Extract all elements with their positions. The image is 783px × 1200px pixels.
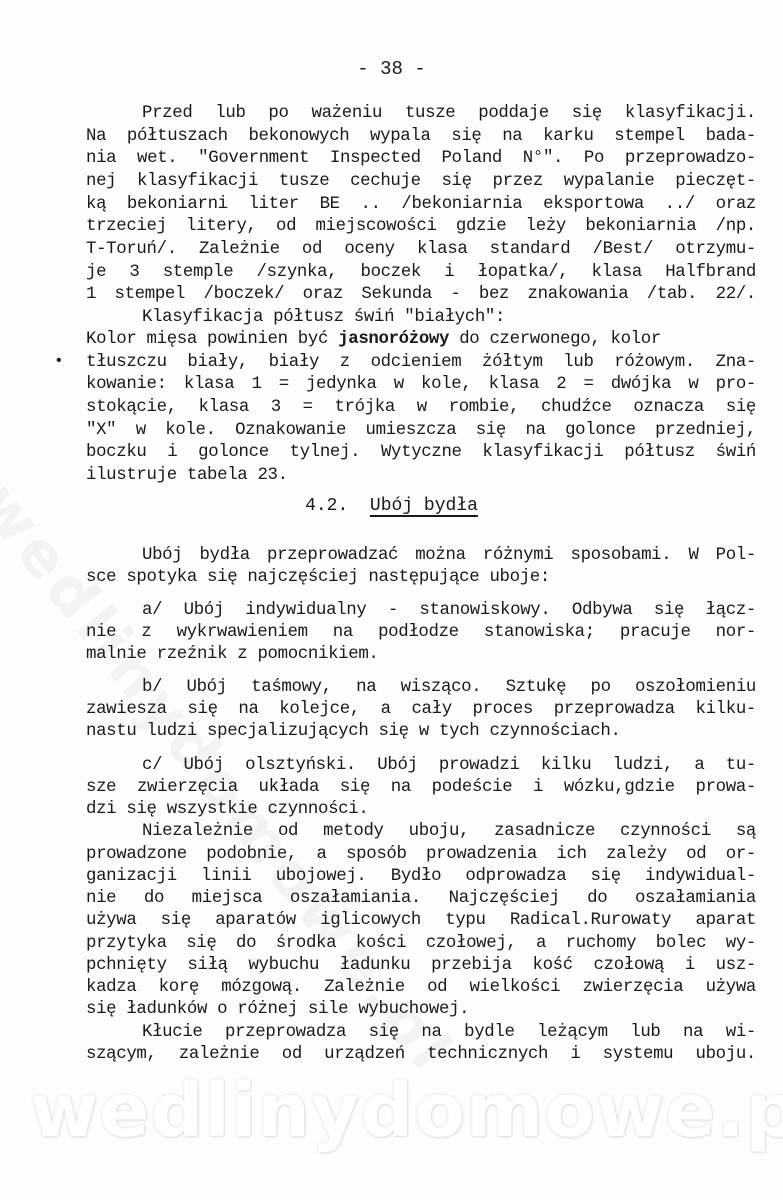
text-line: a/ Ubój indywidualny - stanowiskowy. Odb…	[86, 600, 756, 622]
text-line: prowadzone podobnie, a sposób prowadzeni…	[86, 844, 756, 866]
section-title: Ubój bydła	[370, 496, 478, 516]
text-line: b/ Ubój taśmowy, na wisząco. Sztukę po o…	[86, 677, 756, 699]
text-line: nie do miejsca oszałamiania. Najczęściej…	[86, 888, 756, 910]
text-line: zawiesza się na kolejce, a cały proces p…	[86, 699, 756, 721]
text-line: nej klasyfikacji tusze cechuje się przez…	[86, 171, 756, 193]
text-line: kowanie: klasa 1 = jedynka w kole, klasa…	[86, 374, 756, 396]
text-line: c/ Ubój olsztyński. Ubój prowadzi kilku …	[86, 755, 756, 777]
text-line: malnie rzeźnik z pomocnikiem.	[86, 644, 756, 666]
text-line: T-Toruń/. Zależnie od oceny klasa standa…	[86, 239, 756, 261]
text-line: 1 stempel /boczek/ oraz Sekunda - bez zn…	[86, 284, 756, 306]
text-line: ką bekoniarni liter BE .. /bekoniarnia e…	[86, 194, 756, 216]
text-line: boczku i golonce tylnej. Wytyczne klasyf…	[86, 442, 756, 464]
text-line: używa się aparatów iglicowych typu Radic…	[86, 910, 756, 932]
text-line: dzi się wszystkie czynności.	[86, 799, 756, 821]
text-line: nastu ludzi specjalizujących się w tych …	[86, 721, 756, 743]
subheading-line: Klasyfikacja półtusz świń "białych":	[86, 307, 756, 329]
text-line: Niezależnie od metody uboju, zasadnicze …	[86, 821, 756, 843]
text-line: nie z wykrwawieniem na podłodze stanowis…	[86, 622, 756, 644]
text-fragment: Kolor mięsa powinien być	[86, 330, 338, 349]
text-line: stokącie, klasa 3 = trójka w rombie, chu…	[86, 397, 756, 419]
text-line: ilustruje tabela 23.	[86, 465, 756, 487]
text-line: ganizacji linii ubojowej. Bydło odprowad…	[86, 866, 756, 888]
text-line: trzeciej litery, od miejscowości gdzie l…	[86, 216, 756, 238]
text-line: sce spotyka się najczęściej następujące …	[86, 567, 756, 589]
text-line: szącym, zależnie od urządzeń technicznyc…	[86, 1044, 756, 1066]
text-line: je 3 stemple /szynka, boczek i łopatka/,…	[86, 262, 756, 284]
bottom-watermark: wedlinydomowe.pl	[30, 1068, 750, 1154]
section-number: 4.2.	[305, 496, 348, 516]
text-fragment: do czerwonego, kolor	[449, 330, 661, 349]
section-heading: 4.2. Ubój bydła	[0, 496, 783, 516]
text-line: tłuszczu biały, biały z odcieniem żółtym…	[86, 352, 756, 374]
margin-dot: •	[54, 352, 64, 370]
text-line: pchnięty siłą wybuchu ładunku przebija k…	[86, 955, 756, 977]
page-number: - 38 -	[0, 58, 783, 80]
text-line: Ubój bydła przeprowadzać można różnymi s…	[86, 545, 756, 567]
bold-term: jasnoróżowy	[338, 330, 449, 349]
text-line: Kolor mięsa powinien być jasnoróżowy do …	[86, 329, 756, 351]
text-line: "X" w kole. Oznakowanie umieszcza się na…	[86, 420, 756, 442]
text-line: Kłucie przeprowadza się na bydle leżącym…	[86, 1022, 756, 1044]
document-page: wedlinydomowe.pl - 38 - Przed lub po waż…	[0, 0, 783, 1200]
text-line: Przed lub po ważeniu tusze poddaje się k…	[86, 103, 756, 125]
text-line: się ładunków o różnej sile wybuchowej.	[86, 999, 756, 1021]
text-line: sze zwierzęcia układa się na podeście i …	[86, 777, 756, 799]
text-line: kadza korę mózgową. Zależnie od wielkośc…	[86, 977, 756, 999]
text-line: przytyka się do środka kości czołowej, a…	[86, 933, 756, 955]
text-line: nia wet. "Government Inspected Poland N°…	[86, 148, 756, 170]
text-line: Na półtuszach bekonowych wypala się na k…	[86, 126, 756, 148]
